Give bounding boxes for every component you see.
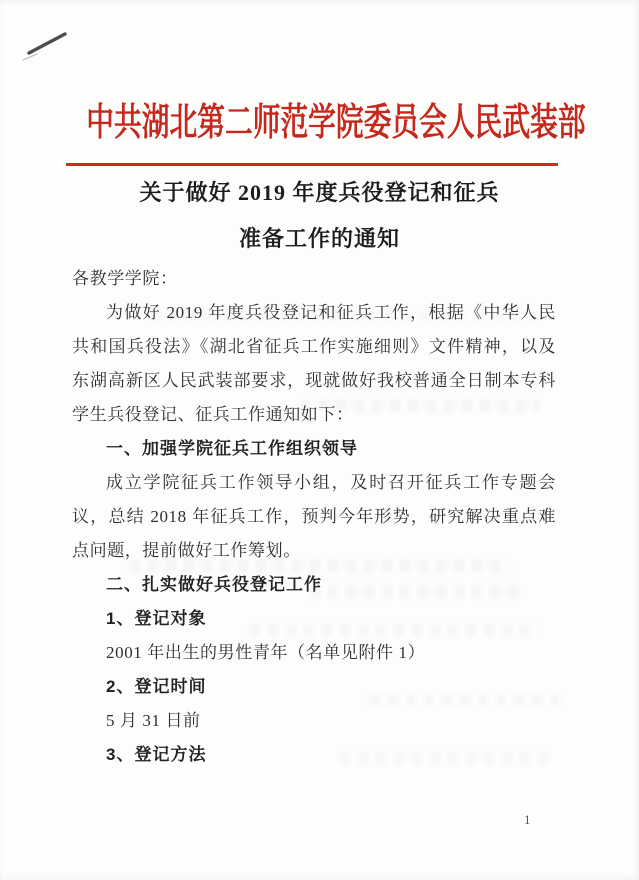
body-paragraph: 为做好 2019 年度兵役登记和征兵工作，根据《中华人民共和国兵役法》《湖北省征… (72, 296, 556, 432)
red-divider-line (66, 163, 558, 166)
body-salutation: 各教学学院： (72, 262, 556, 296)
issuing-department-banner: 中共湖北第二师范学院委员会人民武装部 (86, 97, 552, 149)
body-heading: 1、登记对象 (72, 602, 556, 636)
body-heading: 一、加强学院征兵工作组织领导 (72, 432, 556, 466)
scanned-document-page: 中共湖北第二师范学院委员会人民武装部 关于做好 2019 年度兵役登记和征兵 准… (0, 0, 639, 880)
pen-mark (22, 26, 78, 66)
body-paragraph: 2001 年出生的男性青年（名单见附件 1） (72, 636, 556, 670)
document-title-line1: 关于做好 2019 年度兵役登记和征兵 (0, 170, 639, 216)
body-paragraph: 成立学院征兵工作领导小组，及时召开征兵工作专题会议，总结 2018 年征兵工作，… (72, 466, 556, 568)
body-heading: 2、登记时间 (72, 670, 556, 704)
body-heading: 二、扎实做好兵役登记工作 (72, 568, 556, 602)
document-title-line2: 准备工作的通知 (0, 216, 639, 262)
document-body: 各教学学院：为做好 2019 年度兵役登记和征兵工作，根据《中华人民共和国兵役法… (72, 262, 556, 772)
page-number: 1 (524, 812, 531, 828)
document-title: 关于做好 2019 年度兵役登记和征兵 准备工作的通知 (0, 170, 639, 262)
body-heading: 3、登记方法 (72, 738, 556, 772)
body-paragraph: 5 月 31 日前 (72, 704, 556, 738)
